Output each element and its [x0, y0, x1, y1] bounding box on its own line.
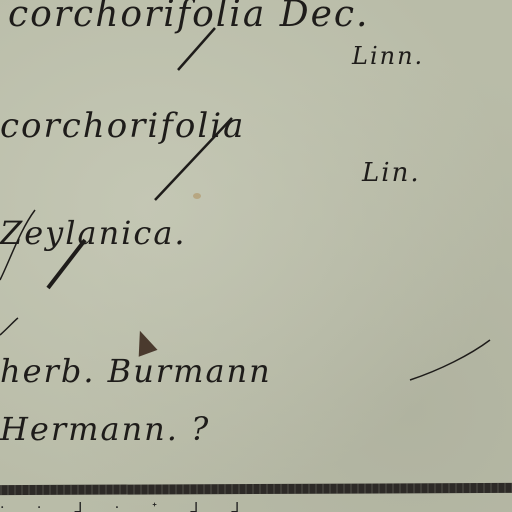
paper-spot	[193, 193, 201, 199]
bottom-cut-text: · · ᒧ · ᐩ ᒧ ᒧ	[0, 500, 253, 512]
flourish-stroke	[0, 318, 18, 335]
long-descender-stroke	[178, 28, 215, 70]
long-descender-stroke	[155, 118, 232, 200]
pen-flourishes	[0, 0, 512, 512]
flourish-stroke	[410, 340, 490, 380]
long-descender-stroke	[48, 240, 85, 288]
flourish-stroke	[0, 210, 35, 280]
